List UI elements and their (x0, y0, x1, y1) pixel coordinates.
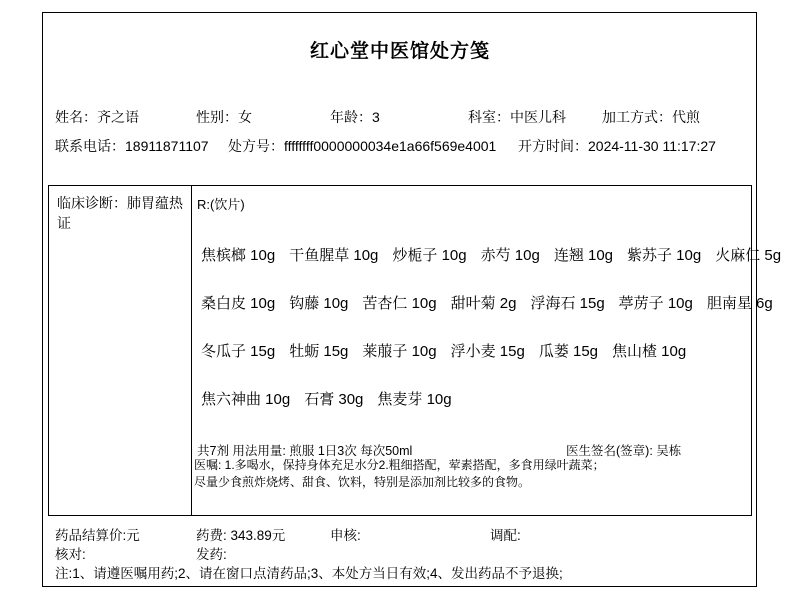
herb-item: 浮小麦 15g (451, 340, 525, 361)
herb-item: 焦六神曲 10g (201, 388, 290, 409)
herb-item: 紫苏子 10g (627, 244, 701, 265)
herb-item: 桑白皮 10g (201, 292, 275, 313)
prescription-table: 临床诊断：肺胃蕴热证 R:(饮片) 焦槟榔 10g 干鱼腥草 10g 炒栀子 1… (48, 185, 752, 516)
herb-item: 炒栀子 10g (392, 244, 466, 265)
herb-row-4: 焦六神曲 10g 石膏 30g 焦麦芽 10g (201, 388, 452, 409)
herb-item: 焦槟榔 10g (201, 244, 275, 265)
patient-name-label: 姓名： (55, 109, 97, 125)
herb-item: 胆南星 6g (707, 292, 773, 313)
patient-name-value: 齐之语 (97, 109, 139, 125)
rx-time-field: 开方时间：2024-11-30 11:17:27 (518, 136, 716, 156)
herb-item: 连翘 10g (554, 244, 613, 265)
herb-item: 葶苈子 10g (619, 292, 693, 313)
gender-value: 女 (238, 109, 252, 125)
phone-label: 联系电话： (55, 138, 125, 154)
herb-row-1: 焦槟榔 10g 干鱼腥草 10g 炒栀子 10g 赤芍 10g 连翘 10g 紫… (201, 244, 781, 265)
doctor-advice: 医嘱: 1.多喝水，保持身体充足水分2.粗细搭配，荤素搭配，多食用绿叶蔬菜；尽量… (194, 457, 612, 490)
review-field: 申核: (330, 524, 361, 544)
herb-item: 牡蛎 15g (289, 340, 348, 361)
age-label: 年龄： (330, 109, 372, 125)
rx-number-label: 处方号： (228, 138, 284, 154)
herb-row-2: 桑白皮 10g 钩藤 10g 苦杏仁 10g 甜叶菊 2g 浮海石 15g 葶苈… (201, 292, 773, 313)
settle-price-field: 药品结算价:元 (55, 524, 140, 544)
herb-item: 石膏 30g (304, 388, 363, 409)
herb-row-3: 冬瓜子 15g 牡蛎 15g 莱菔子 10g 浮小麦 15g 瓜蒌 15g 焦山… (201, 340, 686, 361)
herb-item: 焦山楂 10g (612, 340, 686, 361)
fee-label: 药费: (196, 528, 231, 543)
rx-time-label: 开方时间： (518, 138, 588, 154)
patient-name-field: 姓名：齐之语 (55, 107, 139, 127)
settle-price-value: 元 (126, 528, 140, 543)
diagnosis-label: 临床诊断： (57, 195, 127, 211)
rx-time-value: 2024-11-30 11:17:27 (588, 138, 716, 154)
gender-label: 性别： (196, 109, 238, 125)
department-field: 科室：中医儿科 (468, 107, 566, 127)
process-method-label: 加工方式： (602, 109, 672, 125)
herb-item: 甜叶菊 2g (451, 292, 517, 313)
herb-item: 苦杏仁 10g (362, 292, 436, 313)
rx-header: R:(饮片) (197, 194, 245, 213)
check-field: 核对: (55, 543, 86, 563)
table-divider (191, 186, 192, 515)
dispense-field: 调配: (490, 524, 521, 544)
herb-item: 浮海石 15g (530, 292, 604, 313)
rx-number-value: ffffffff0000000034e1a66f569e4001 (284, 138, 496, 154)
footer-note: 注:1、请遵医嘱用药;2、请在窗口点清药品;3、本处方当日有效;4、发出药品不予… (55, 562, 563, 582)
herb-item: 赤芍 10g (481, 244, 540, 265)
department-label: 科室： (468, 109, 510, 125)
settle-price-label: 药品结算价: (55, 528, 126, 543)
herb-item: 钩藤 10g (289, 292, 348, 313)
diagnosis-field: 临床诊断：肺胃蕴热证 (57, 193, 187, 233)
age-value: 3 (372, 109, 380, 125)
age-field: 年龄：3 (330, 107, 380, 127)
herb-item: 干鱼腥草 10g (289, 244, 378, 265)
rx-number-field: 处方号：ffffffff0000000034e1a66f569e4001 (228, 136, 496, 156)
gender-field: 性别：女 (196, 107, 252, 127)
page-title: 红心堂中医馆处方笺 (0, 36, 800, 63)
department-value: 中医儿科 (510, 109, 566, 125)
fee-field: 药费: 343.89元 (196, 524, 285, 544)
herb-item: 莱菔子 10g (362, 340, 436, 361)
herb-item: 冬瓜子 15g (201, 340, 275, 361)
process-method-value: 代煎 (672, 109, 700, 125)
process-method-field: 加工方式：代煎 (602, 107, 700, 127)
herb-item: 火麻仁 5g (715, 244, 781, 265)
phone-field: 联系电话：18911871107 (55, 136, 209, 156)
fee-value: 343.89元 (231, 528, 286, 543)
herb-item: 瓜蒌 15g (539, 340, 598, 361)
prescription-sheet: 红心堂中医馆处方笺 姓名：齐之语 性别：女 年龄：3 科室：中医儿科 加工方式：… (0, 0, 800, 600)
issue-field: 发药: (196, 543, 227, 563)
phone-value: 18911871107 (125, 138, 209, 154)
herb-item: 焦麦芽 10g (377, 388, 451, 409)
